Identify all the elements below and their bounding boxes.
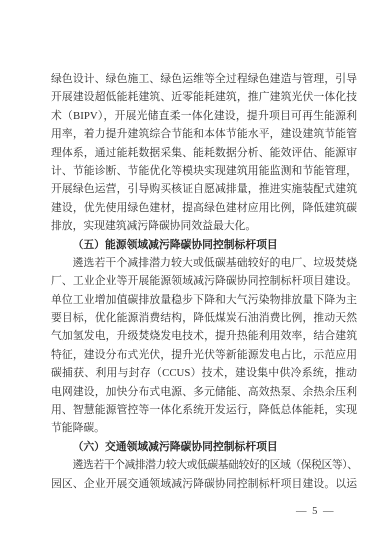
text-line: 理体系，通过能耗数据采集、能耗数据分析、能效评估、能源审 bbox=[51, 144, 357, 162]
text-line: 节能降碳。 bbox=[51, 419, 357, 437]
text-line: 要目标，优化能源消费结构，降低煤炭石油消费比例，推动天然 bbox=[51, 309, 357, 327]
text-line: 遴选若干个减排潜力较大或低碳基础较好的区域（保税区等）、 bbox=[51, 456, 357, 474]
page-body: 绿色设计、绿色施工、绿色运维等全过程绿色建造与管理，引导 开展建设超低能耗建筑、… bbox=[51, 70, 357, 493]
page-number: — 5 — bbox=[296, 505, 335, 519]
text-line: 园区、企业开展交通领域减污降碳协同控制标杆项目建设。以运 bbox=[51, 475, 357, 493]
text-line: 开展建设超低能耗建筑、近零能耗建筑，推广建筑光伏一体化技 bbox=[51, 88, 357, 106]
document-page: 绿色设计、绿色施工、绿色运维等全过程绿色建造与管理，引导 开展建设超低能耗建筑、… bbox=[0, 0, 390, 551]
text-line: 遴选若干个减排潜力较大或低碳基础较好的电厂、垃圾焚烧 bbox=[51, 254, 357, 272]
section-heading-5: （五）能源领域减污降碳协同控制标杆项目 bbox=[51, 236, 357, 254]
text-line: 厂、工业企业等开展能源领域减污降碳协同控制标杆项目建设。 bbox=[51, 272, 357, 290]
text-line: 排放，实现建筑减污降碳协同效益最大化。 bbox=[51, 217, 357, 235]
text-line: 气加氢发电，升级焚烧发电技术，提升热能利用效率，结合建筑 bbox=[51, 327, 357, 345]
text-line: 计、节能诊断、节能优化等模块实现建筑用能监测和节能管理， bbox=[51, 162, 357, 180]
text-line: 用率，着力提升建筑综合节能和本体节能水平，建设建筑节能管 bbox=[51, 125, 357, 143]
text-line: 单位工业增加值碳排放量稳步下降和大气污染物排放量下降为主 bbox=[51, 291, 357, 309]
text-line: 碳捕获、利用与封存（CCUS）技术，建设集中供冷系统，推动微 bbox=[51, 364, 357, 382]
text-line: 绿色设计、绿色施工、绿色运维等全过程绿色建造与管理，引导 bbox=[51, 70, 357, 88]
text-line: 建设，优先使用绿色建材，提高绿色建材应用比例，降低建筑碳 bbox=[51, 199, 357, 217]
text-line: 特征，建设分布式光伏，提升光伏等新能源发电占比，示范应用 bbox=[51, 346, 357, 364]
text-line: 开展绿色运营，引导购买核证自愿减排量，推进实施装配式建筑 bbox=[51, 180, 357, 198]
text-line: 电网建设，加快分布式电源、多元储能、高效热泵、余热余压利 bbox=[51, 383, 357, 401]
text-line: 术（BIPV），开展光储直柔一体化建设，提升项目可再生能源利 bbox=[51, 107, 357, 125]
text-line: 用、智慧能源管控等一体化系统开发运行，降低总体能耗，实现 bbox=[51, 401, 357, 419]
section-heading-6: （六）交通领域减污降碳协同控制标杆项目 bbox=[51, 438, 357, 456]
